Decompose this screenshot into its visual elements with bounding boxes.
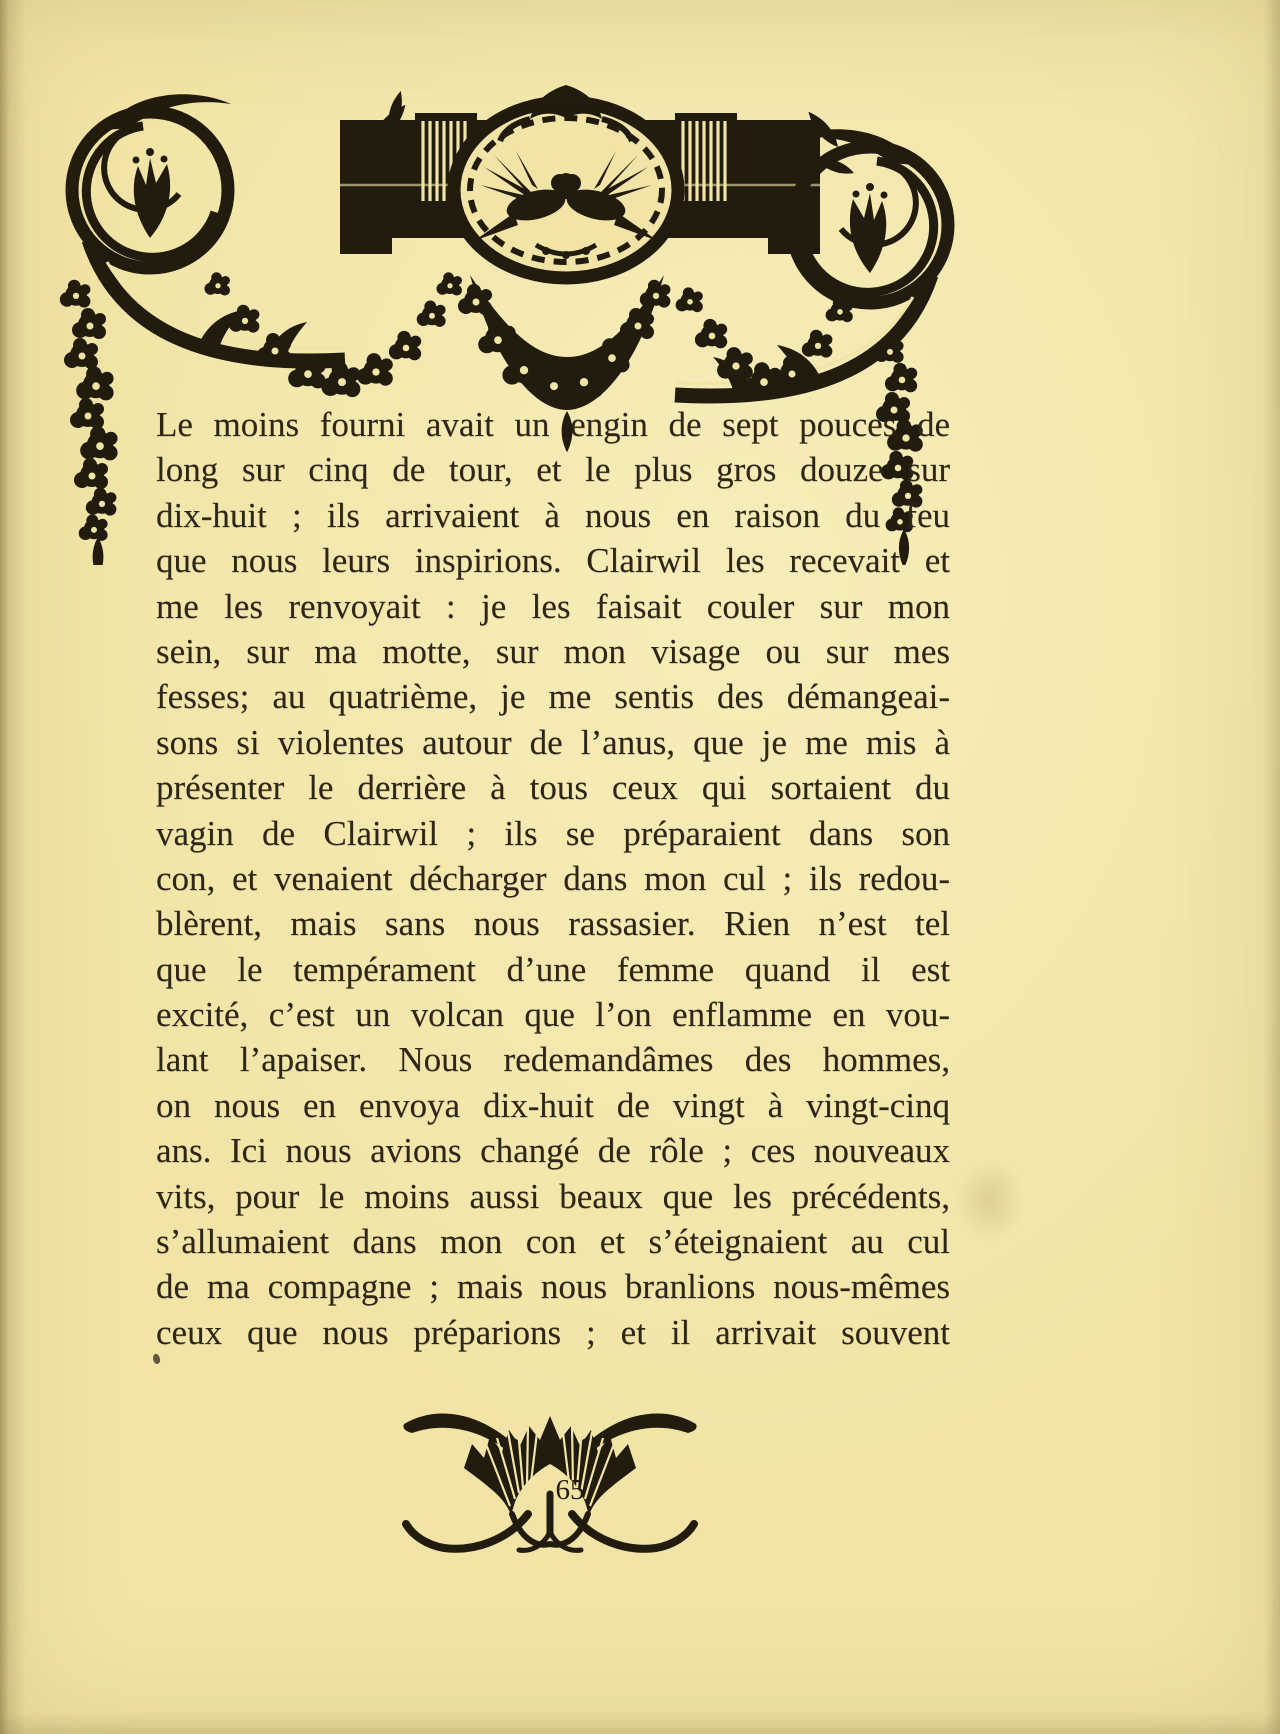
text-line: vagin de Clairwil ; ils se préparaient d… [156,811,950,856]
text-line: lant l’apaiser. Nous redemandâmes des ho… [156,1037,950,1082]
text-line: vits, pour le moins aussi beaux que les … [156,1174,950,1219]
text-line: long sur cinq de tour, et le plus gros d… [156,447,950,492]
left-volute [72,94,345,364]
dove-medallion [454,85,678,278]
text-line: sein, sur ma motte, sur mon visage ou su… [156,629,950,674]
text-line: fesses; au quatrième, je me sentis des d… [156,674,950,719]
left-swag-garland [205,272,463,397]
text-line: sons si violentes autour de l’anus, que … [156,720,950,765]
text-line: ans. Ici nous avions changé de rôle ; ce… [156,1128,950,1173]
body-text: Le moins fourni avait un engin de sept p… [156,402,950,1355]
text-line: excité, c’est un volcan que l’on enflamm… [156,992,950,1037]
text-line: con, et venaient décharger dans mon cul … [156,856,950,901]
text-line: on nous en envoya dix-huit de vingt à vi… [156,1083,950,1128]
text-line: s’allumaient dans mon con et s’éteignaie… [156,1219,950,1264]
book-page: Le moins fourni avait un engin de sept p… [0,0,1280,1734]
text-line: que le tempérament d’une femme quand il … [156,947,950,992]
text-line: que nous leurs inspirions. Clairwil les … [156,538,950,583]
page-number: 65 [545,1474,595,1507]
text-line: ceux que nous préparions ; et il arrivai… [156,1310,950,1355]
text-line: de ma compagne ; mais nous branlions nou… [156,1264,950,1309]
text-line: présenter le derrière à tous ceux qui so… [156,765,950,810]
text-line: me les renvoyait : je les faisait couler… [156,584,950,629]
text-line: blèrent, mais sans nous rassasier. Rien … [156,901,950,946]
left-hanging-garland [60,280,118,565]
text-line: Le moins fourni avait un engin de sept p… [156,402,950,447]
paper-stain [942,1142,1038,1258]
text-line: dix-huit ; ils arrivaient à nous en rais… [156,493,950,538]
